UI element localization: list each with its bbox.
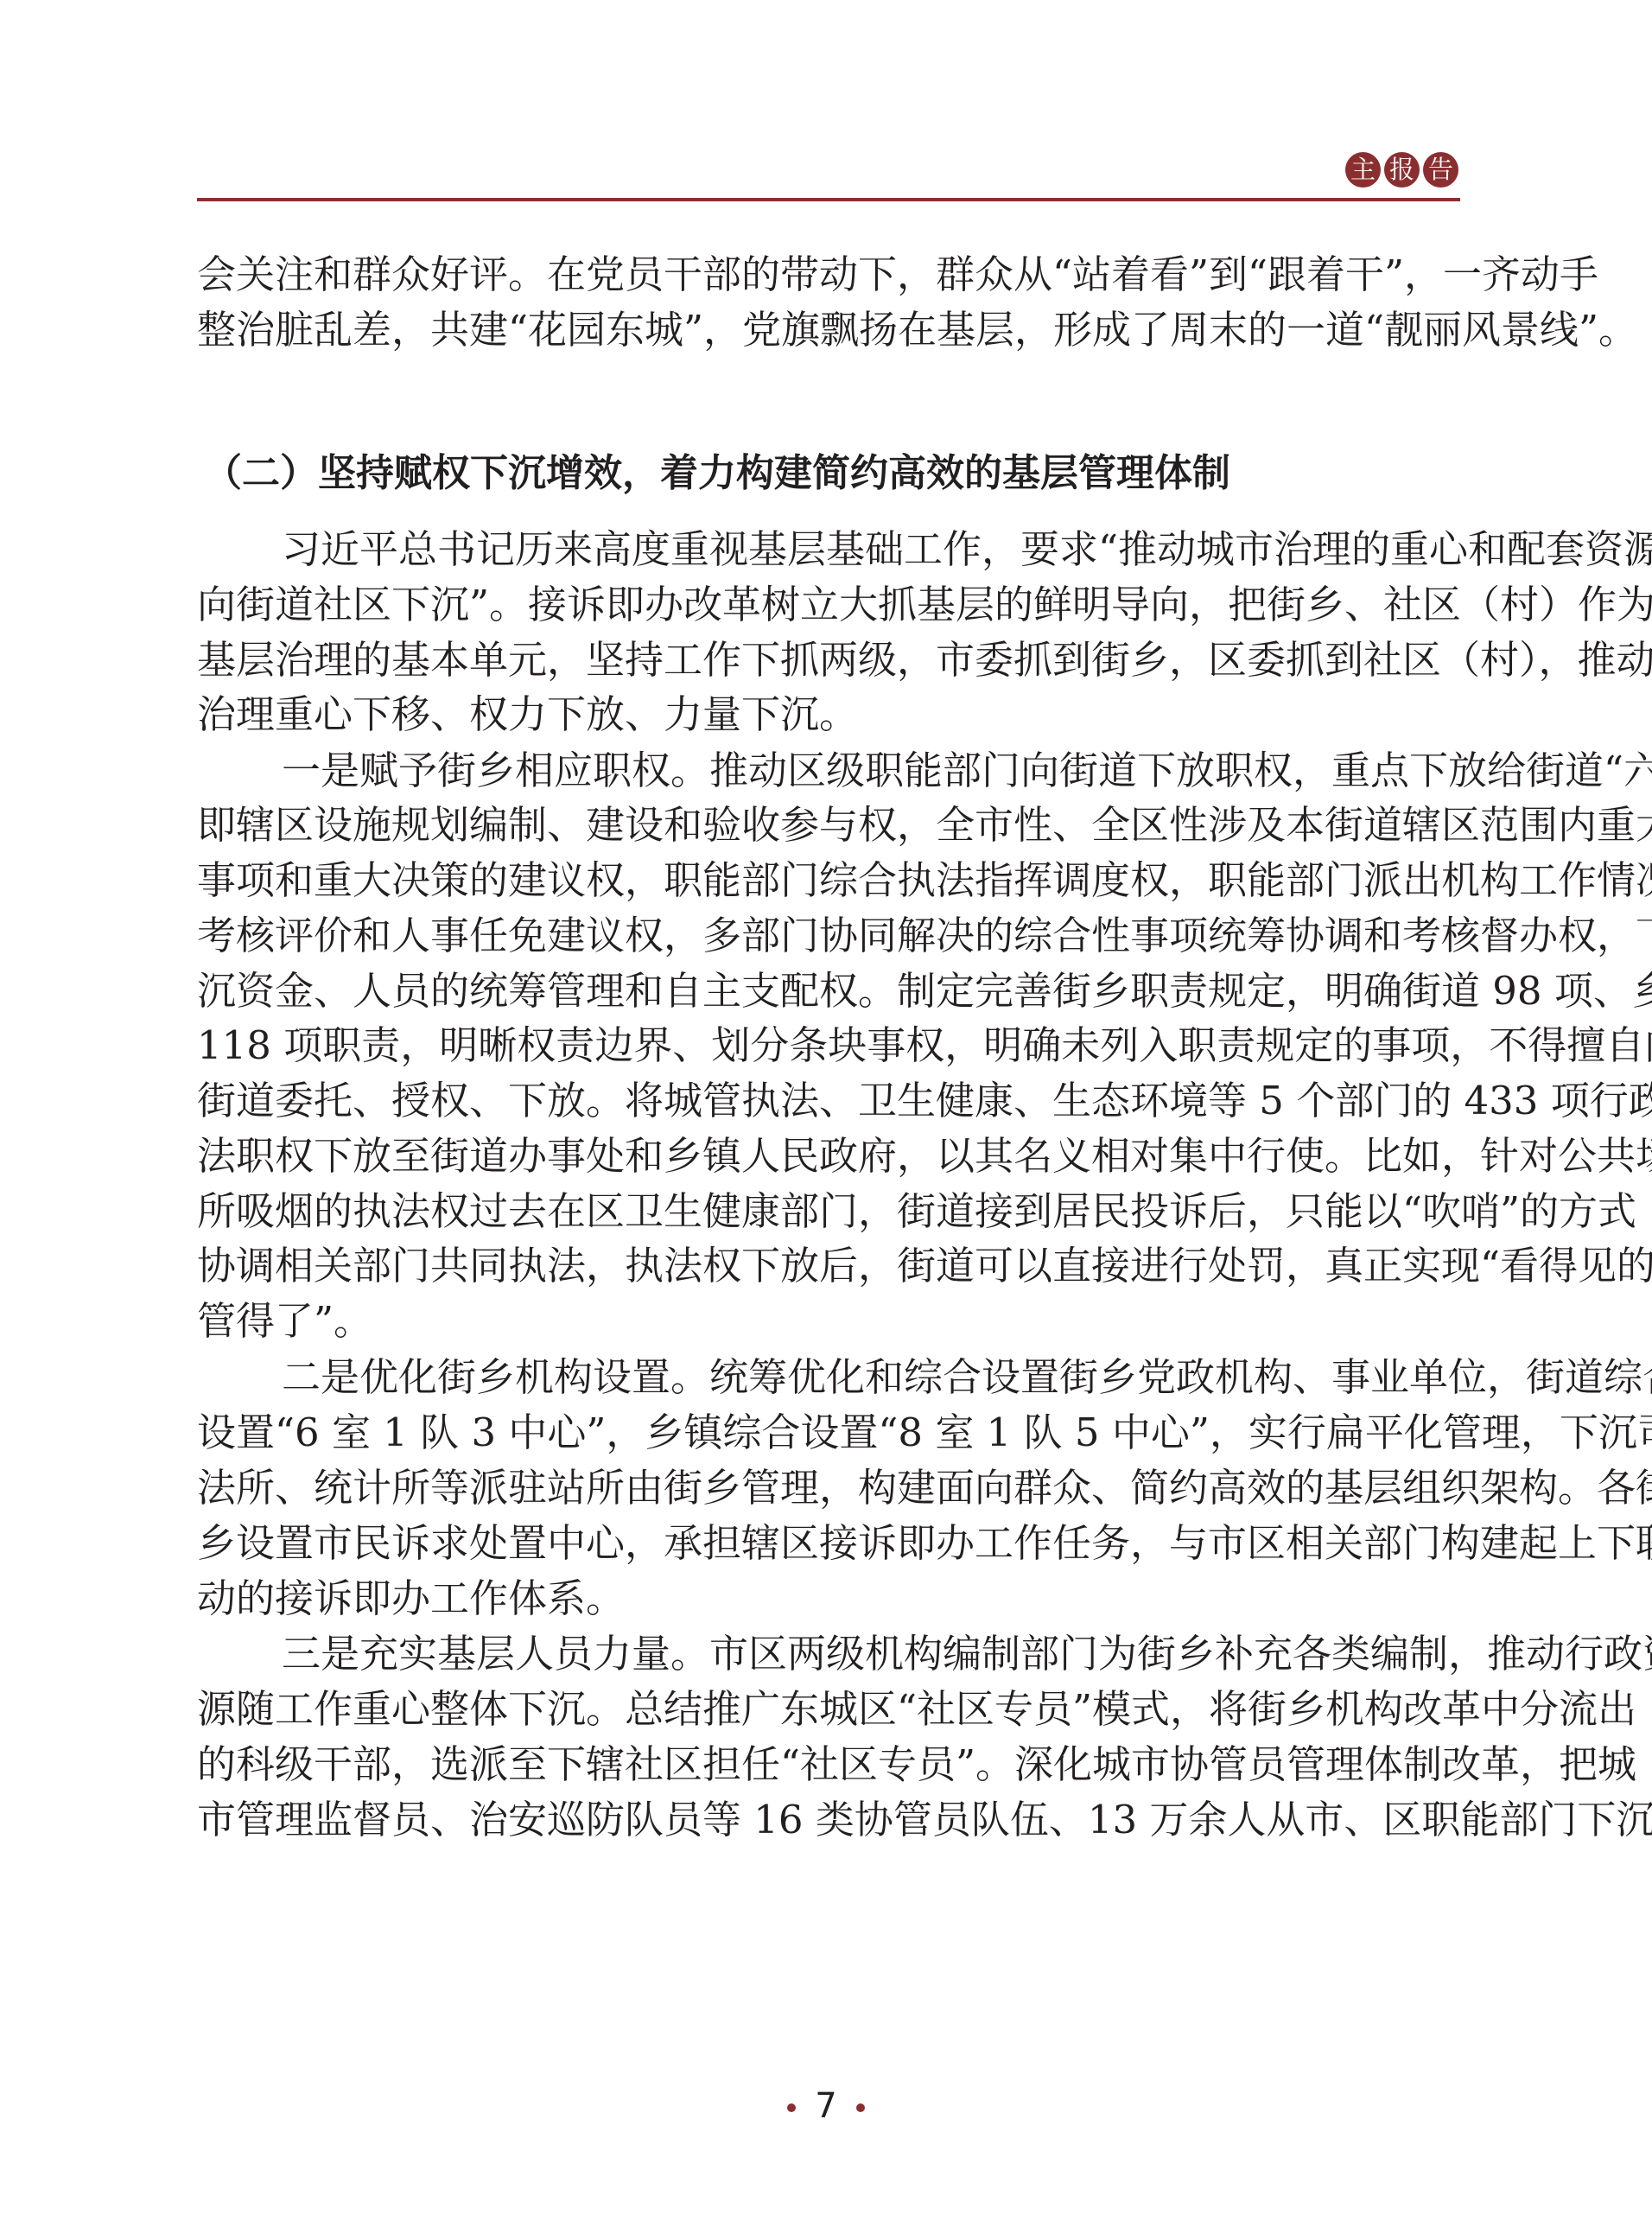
text-line: 事项和重大决策的建议权，职能部门综合执法指挥调度权，职能部门派出机构工作情况: [197, 853, 1460, 908]
text-line: 118 项职责，明晰权责边界、划分条块事权，明确未列入职责规定的事项，不得擅自向: [197, 1018, 1460, 1073]
text-line: 基层治理的基本单元，坚持工作下抓两级，市委抓到街乡，区委抓到社区（村），推动: [197, 633, 1460, 688]
text-line: 法所、统计所等派驻站所由街乡管理，构建面向群众、简约高效的基层组织架构。各街: [197, 1460, 1460, 1516]
text-line: 乡设置市民诉求处置中心，承担辖区接诉即办工作任务，与市区相关部门构建起上下联: [197, 1516, 1460, 1571]
page-number: 7: [815, 2086, 836, 2126]
text-line: 源随工作重心整体下沉。总结推广东城区“社区专员”模式，将街乡机构改革中分流出: [197, 1682, 1460, 1737]
section-badge: 报: [1384, 152, 1420, 188]
text-line: 三是充实基层人员力量。市区两级机构编制部门为街乡补充各类编制，推动行政资: [197, 1626, 1460, 1682]
text-line: 一是赋予街乡相应职权。推动区级职能部门向街道下放职权，重点下放给街道“六权”，: [197, 743, 1460, 799]
text-line: 市管理监督员、治安巡防队员等 16 类协管员队伍、13 万余人从市、区职能部门下…: [197, 1792, 1460, 1848]
text-line: 即辖区设施规划编制、建设和验收参与权，全市性、全区性涉及本街道辖区范围内重大: [197, 798, 1460, 853]
text-line: 习近平总书记历来高度重视基层基础工作，要求“推动城市治理的重心和配套资源: [197, 522, 1460, 577]
text-line: 法职权下放至街道办事处和乡镇人民政府，以其名义相对集中行使。比如，针对公共场: [197, 1129, 1460, 1184]
text-line: 所吸烟的执法权过去在区卫生健康部门，街道接到居民投诉后，只能以“吹哨”的方式: [197, 1184, 1460, 1239]
text-line: 整治脏乱差，共建“花园东城”，党旗飘扬在基层，形成了周末的一道“靓丽风景线”。: [197, 302, 1460, 358]
text-line: 二是优化街乡机构设置。统筹优化和综合设置街乡党政机构、事业单位，街道综合: [197, 1350, 1460, 1405]
header-divider: [197, 198, 1460, 201]
section-badges: 主 报 告: [1345, 152, 1458, 188]
text-line: 街道委托、授权、下放。将城管执法、卫生健康、生态环境等 5 个部门的 433 项…: [197, 1073, 1460, 1129]
page-number-row: 7: [0, 2084, 1652, 2128]
decorative-dot-icon: [856, 2103, 865, 2112]
section-heading: （二）坚持赋权下沉增效，着力构建简约高效的基层管理体制: [204, 446, 1230, 501]
text-line: 的科级干部，选派至下辖社区担任“社区专员”。深化城市协管员管理体制改革，把城: [197, 1737, 1460, 1792]
text-line: 考核评价和人事任免建议权，多部门协同解决的综合性事项统筹协调和考核督办权，下: [197, 908, 1460, 964]
decorative-dot-icon: [787, 2103, 796, 2112]
text-line: 协调相关部门共同执法，执法权下放后，街道可以直接进行处罚，真正实现“看得见的: [197, 1238, 1460, 1294]
text-line: 会关注和群众好评。在党员干部的带动下，群众从“站着看”到“跟着干”，一齐动手: [197, 247, 1460, 302]
text-line: 向街道社区下沉”。接诉即办改革树立大抓基层的鲜明导向，把街乡、社区（村）作为: [197, 577, 1460, 633]
section-badge: 告: [1423, 152, 1458, 188]
text-line: 沉资金、人员的统筹管理和自主支配权。制定完善街乡职责规定，明确街道 98 项、乡…: [197, 964, 1460, 1019]
section-badge: 主: [1345, 152, 1381, 188]
text-line: 动的接诉即办工作体系。: [197, 1571, 1460, 1626]
text-line: 治理重心下移、权力下放、力量下沉。: [197, 687, 1460, 742]
text-line: 设置“6 室 1 队 3 中心”，乡镇综合设置“8 室 1 队 5 中心”，实行…: [197, 1405, 1460, 1460]
text-line: 管得了”。: [197, 1294, 1460, 1349]
